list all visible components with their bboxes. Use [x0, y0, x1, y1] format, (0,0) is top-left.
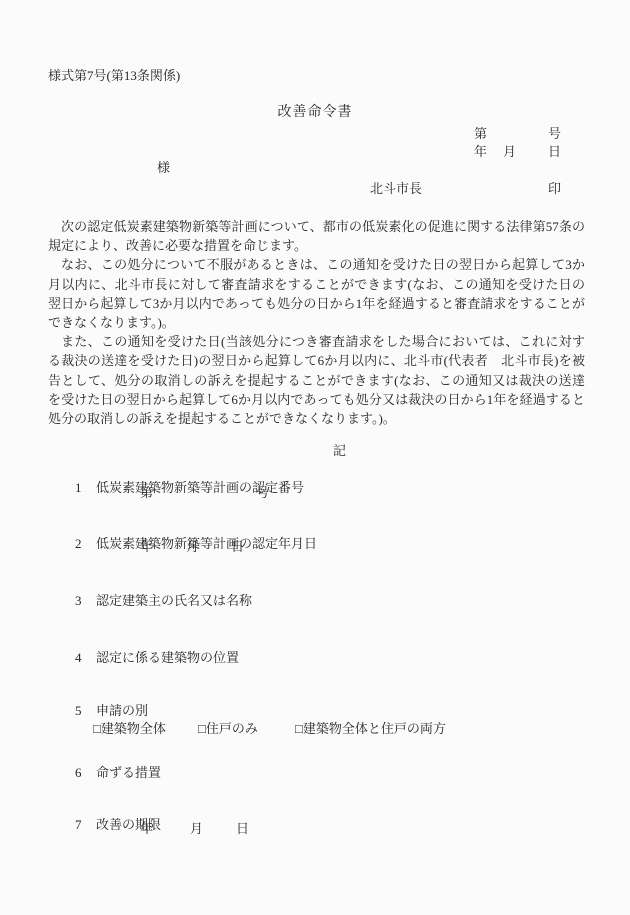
body-paragraph: 次の認定低炭素建築物新築等計画について、都市の低炭素化の促進に関する法律第57条…	[48, 217, 585, 255]
addressee-honorific: 様	[157, 160, 170, 175]
item-3-heading: 3認定建築主の氏名又は名称	[62, 578, 252, 623]
option-both: □建築物全体と住戸の両方	[282, 706, 446, 751]
cert-date-month-label: 月	[186, 539, 199, 554]
item-label: 低炭素建築物新築等計画の認定年月日	[96, 536, 317, 551]
item-number: 2	[75, 536, 96, 551]
item-number: 6	[75, 765, 96, 780]
cert-date-year-label: 年	[140, 539, 153, 554]
cert-date-day-label: 日	[231, 539, 244, 554]
body-paragraph: なお、この処分について不服があるときは、この通知を受けた日の翌日から起算して3か…	[48, 255, 585, 332]
issue-date-month-label: 月	[503, 144, 516, 159]
option-label: 建築物全体と住戸の両方	[303, 721, 446, 736]
item-label: 命ずる措置	[96, 765, 161, 780]
document-title: 改善命令書	[0, 101, 630, 121]
checkbox-building-whole[interactable]: □	[93, 721, 101, 736]
deadline-month-label: 月	[190, 821, 203, 836]
item-label: 認定に係る建築物の位置	[96, 650, 239, 665]
cert-number-prefix: 第	[140, 485, 153, 500]
option-building-whole: □建築物全体	[80, 706, 166, 751]
cert-number-suffix: 号	[256, 485, 269, 500]
issue-date-year-label: 年	[474, 144, 487, 159]
deadline-year-label: 年	[140, 821, 153, 836]
doc-number-suffix: 号	[548, 126, 561, 141]
option-dwelling-only: □住戸のみ	[185, 706, 258, 751]
issuer-name: 北斗市長	[370, 181, 422, 196]
option-label: 住戸のみ	[206, 721, 258, 736]
item-number: 4	[75, 650, 96, 665]
checkbox-dwelling-only[interactable]: □	[198, 721, 206, 736]
item-label: 認定建築主の氏名又は名称	[96, 593, 252, 608]
item-number: 3	[75, 593, 96, 608]
option-label: 建築物全体	[101, 721, 166, 736]
doc-number-prefix: 第	[474, 126, 487, 141]
document-page: 様式第7号(第13条関係) 改善命令書 第 号 年 月 日 様 北斗市長 印 次…	[0, 0, 630, 915]
item-4-heading: 4認定に係る建築物の位置	[62, 635, 239, 680]
item-6-heading: 6命ずる措置	[62, 750, 161, 795]
item-number: 7	[75, 817, 96, 832]
body-paragraph: また、この通知を受けた日(当該処分につき審査請求をした場合においては、これに対す…	[48, 332, 585, 428]
seal-mark: 印	[548, 181, 561, 196]
ki-heading: 記	[333, 443, 346, 458]
deadline-day-label: 日	[236, 821, 249, 836]
body-text-block: 次の認定低炭素建築物新築等計画について、都市の低炭素化の促進に関する法律第57条…	[48, 217, 585, 428]
item-number: 1	[75, 480, 96, 495]
issue-date-day-label: 日	[548, 144, 561, 159]
form-number-label: 様式第7号(第13条関係)	[48, 68, 180, 83]
checkbox-both[interactable]: □	[295, 721, 303, 736]
item-label: 低炭素建築物新築等計画の認定番号	[96, 480, 304, 495]
